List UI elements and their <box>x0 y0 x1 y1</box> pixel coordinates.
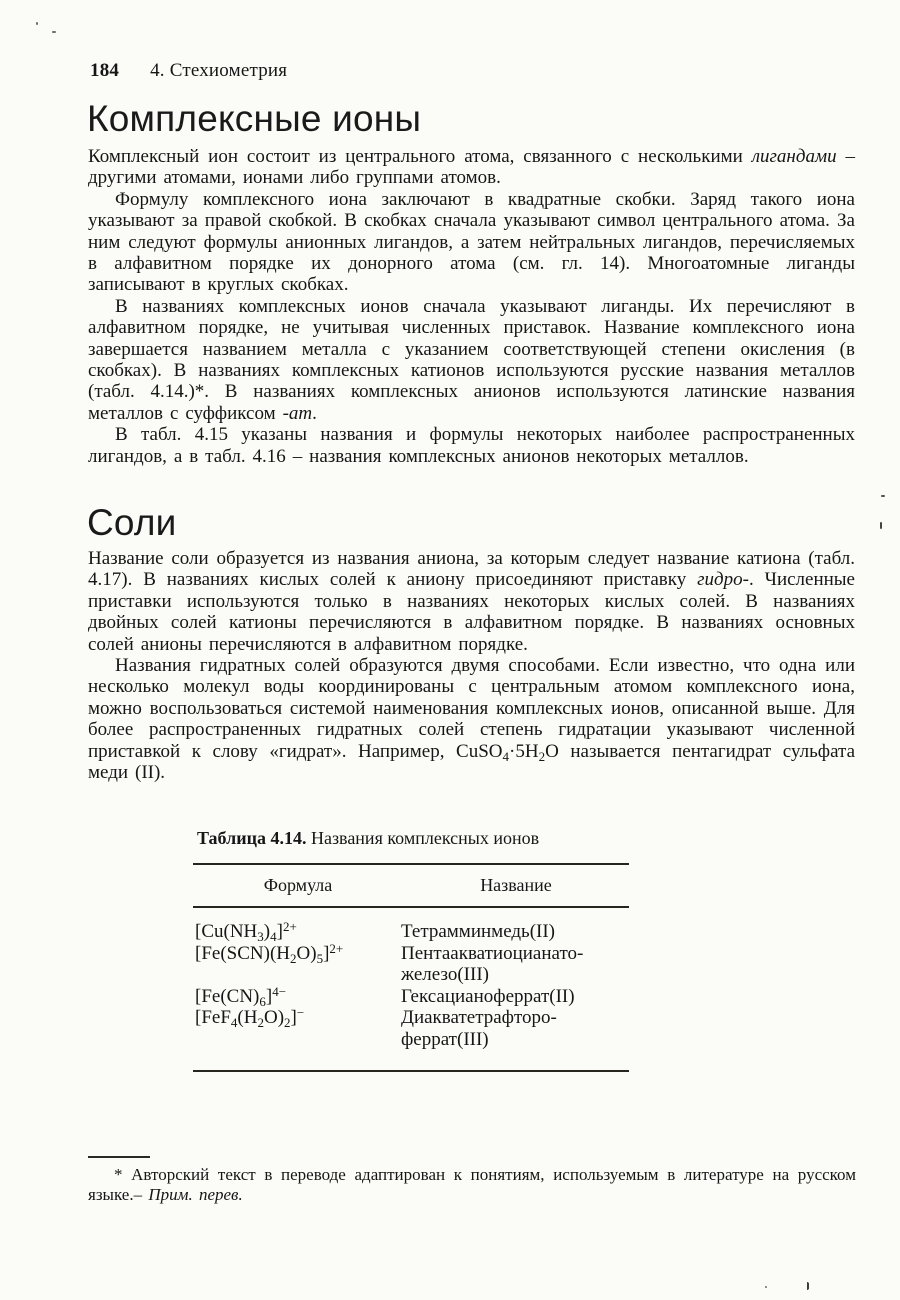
table-header-row: Формула Название <box>193 875 629 896</box>
section-body-complex-ions: Комплексный ион состоит из центрального … <box>88 146 855 467</box>
name-cell: Диакватетрафторо-феррат(III) <box>401 1007 629 1050</box>
formula-cell: [FeF4(H2O)2]− <box>195 1007 401 1029</box>
column-header-name: Название <box>403 875 629 896</box>
paragraph: Названия гидратных солей образуются двум… <box>88 655 855 783</box>
section-heading-salts: Соли <box>87 504 177 541</box>
name-cell: Пентаакватиоцианато-железо(III) <box>401 943 629 986</box>
table-row: [FeF4(H2O)2]−Диакватетрафторо-феррат(III… <box>195 1007 629 1050</box>
formula-cell: [Fe(CN)6]4− <box>195 986 401 1008</box>
table-rule-top <box>193 863 629 865</box>
table-row: [Cu(NH3)4]2+Тетрамминмедь(II) <box>195 921 629 943</box>
section-body-salts: Название соли образуется из названия ани… <box>88 548 855 783</box>
scan-speck <box>765 1286 767 1288</box>
footnote-rule <box>88 1156 150 1158</box>
footnote-text: * Авторский текст в переводе адаптирован… <box>88 1156 856 1206</box>
table-caption-label: Таблица 4.14. <box>197 828 306 848</box>
scan-speck <box>807 1282 809 1290</box>
paragraph: В названиях комплексных ионов сначала ук… <box>88 296 855 424</box>
name-cell: Тетрамминмедь(II) <box>401 921 629 943</box>
scanned-book-page: { "running_head": { "page_number": "184"… <box>0 0 900 1300</box>
scan-speck <box>880 522 882 529</box>
paragraph: Комплексный ион состоит из центрального … <box>88 146 855 189</box>
column-header-formula: Формула <box>193 875 403 896</box>
table-rule-mid <box>193 906 629 908</box>
table-row: [Fe(CN)6]4−Гексацианоферрат(II) <box>195 986 629 1008</box>
formula-cell: [Cu(NH3)4]2+ <box>195 921 401 943</box>
table-caption: Таблица 4.14. Названия комплексных ионов <box>197 828 629 849</box>
scan-speck <box>52 31 56 33</box>
table-body: [Cu(NH3)4]2+Тетрамминмедь(II)[Fe(SCN)(H2… <box>195 921 629 1051</box>
chapter-title: 4. Стехиометрия <box>150 60 287 81</box>
table-row: [Fe(SCN)(H2O)5]2+Пентаакватиоцианато-жел… <box>195 943 629 986</box>
scan-speck <box>881 495 885 497</box>
paragraph: Формулу комплексного иона заключают в кв… <box>88 189 855 296</box>
table-rule-bottom <box>193 1070 629 1072</box>
page-number: 184 <box>90 60 119 81</box>
footnote: * Авторский текст в переводе адаптирован… <box>88 1156 856 1206</box>
section-heading-complex-ions: Комплексные ионы <box>87 100 421 137</box>
paragraph: В табл. 4.15 указаны названия и формулы … <box>88 424 855 467</box>
scan-speck <box>36 22 38 25</box>
formula-cell: [Fe(SCN)(H2O)5]2+ <box>195 943 401 965</box>
paragraph: Название соли образуется из названия ани… <box>88 548 855 655</box>
table-4-14: Таблица 4.14. Названия комплексных ионов… <box>193 828 629 849</box>
running-head: 1844. Стехиометрия <box>90 60 287 82</box>
name-cell: Гексацианоферрат(II) <box>401 986 629 1008</box>
table-caption-text: Названия комплексных ионов <box>306 828 539 848</box>
